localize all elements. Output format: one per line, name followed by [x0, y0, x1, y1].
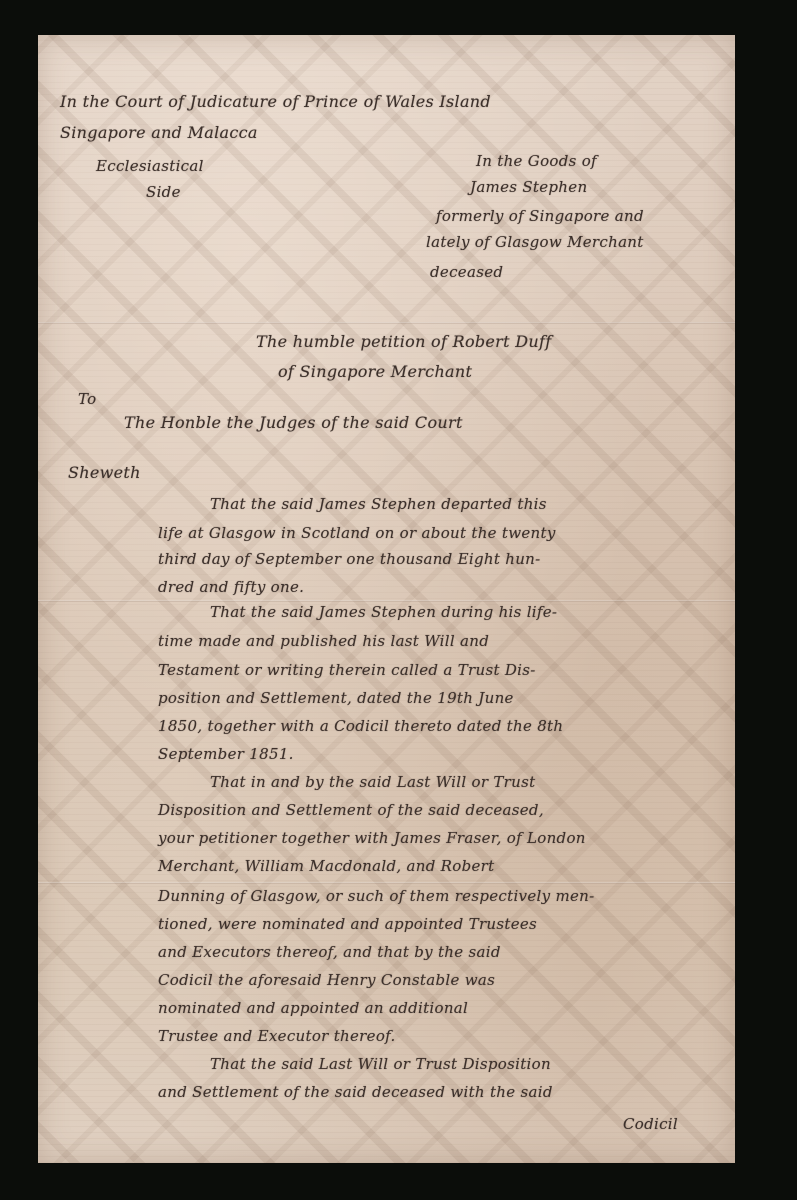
paragraph-3-line: Dunning of Glasgow, or such of them resp…: [158, 887, 594, 905]
paragraph-3-line: That in and by the said Last Will or Tru…: [210, 773, 535, 791]
estate-caption-line: In the Goods of: [476, 152, 597, 170]
fold-line: [38, 600, 735, 602]
addressee: The Honble the Judges of the said Court: [124, 413, 463, 432]
paragraph-3-line: Codicil the aforesaid Henry Constable wa…: [158, 971, 495, 989]
paragraph-3-line: tioned, were nominated and appointed Tru…: [158, 915, 537, 933]
court-heading-line-2: Singapore and Malacca: [60, 123, 258, 142]
paragraph-1-line: That the said James Stephen departed thi…: [210, 495, 547, 513]
document-page: In the Court of Judicature of Prince of …: [38, 35, 735, 1163]
estate-caption-line: James Stephen: [470, 178, 587, 196]
paragraph-3-line: nominated and appointed an additional: [158, 999, 468, 1017]
paragraph-2-line: position and Settlement, dated the 19th …: [158, 689, 514, 707]
catchword: Codicil: [623, 1115, 678, 1133]
paragraph-3-line: Trustee and Executor thereof.: [158, 1027, 396, 1045]
paragraph-2-line: Testament or writing therein called a Tr…: [158, 661, 536, 679]
estate-caption-line: formerly of Singapore and: [436, 207, 644, 225]
petitioner-line: of Singapore Merchant: [278, 362, 472, 381]
paragraph-3-line: Disposition and Settlement of the said d…: [158, 801, 544, 819]
jurisdiction-note: Ecclesiastical: [96, 157, 204, 175]
to-mark: To: [78, 390, 96, 408]
paragraph-3-line: Merchant, William Macdonald, and Robert: [158, 857, 494, 875]
ink-bleed-through: [38, 35, 735, 1163]
court-heading-line-1: In the Court of Judicature of Prince of …: [60, 92, 491, 111]
estate-caption-line: lately of Glasgow Merchant: [426, 233, 644, 251]
paragraph-1-line: life at Glasgow in Scotland on or about …: [158, 524, 556, 542]
fold-line: [38, 882, 735, 884]
paragraph-3-line: and Executors thereof, and that by the s…: [158, 943, 501, 961]
paragraph-2-line: 1850, together with a Codicil thereto da…: [158, 717, 563, 735]
estate-caption-line: deceased: [430, 263, 503, 281]
fold-line: [38, 322, 735, 324]
sheweth: Sheweth: [68, 463, 141, 482]
paragraph-2-line: September 1851.: [158, 745, 294, 763]
paragraph-1-line: dred and fifty one.: [158, 578, 304, 596]
paragraph-2-line: time made and published his last Will an…: [158, 632, 489, 650]
paragraph-3-line: your petitioner together with James Fras…: [158, 829, 586, 847]
paragraph-4-line: That the said Last Will or Trust Disposi…: [210, 1055, 551, 1073]
petitioner-line: The humble petition of Robert Duff: [256, 332, 551, 351]
paragraph-2-line: That the said James Stephen during his l…: [210, 603, 557, 621]
side-note: Side: [146, 183, 181, 201]
paragraph-1-line: third day of September one thousand Eigh…: [158, 550, 541, 568]
paragraph-4-line: and Settlement of the said deceased with…: [158, 1083, 553, 1101]
